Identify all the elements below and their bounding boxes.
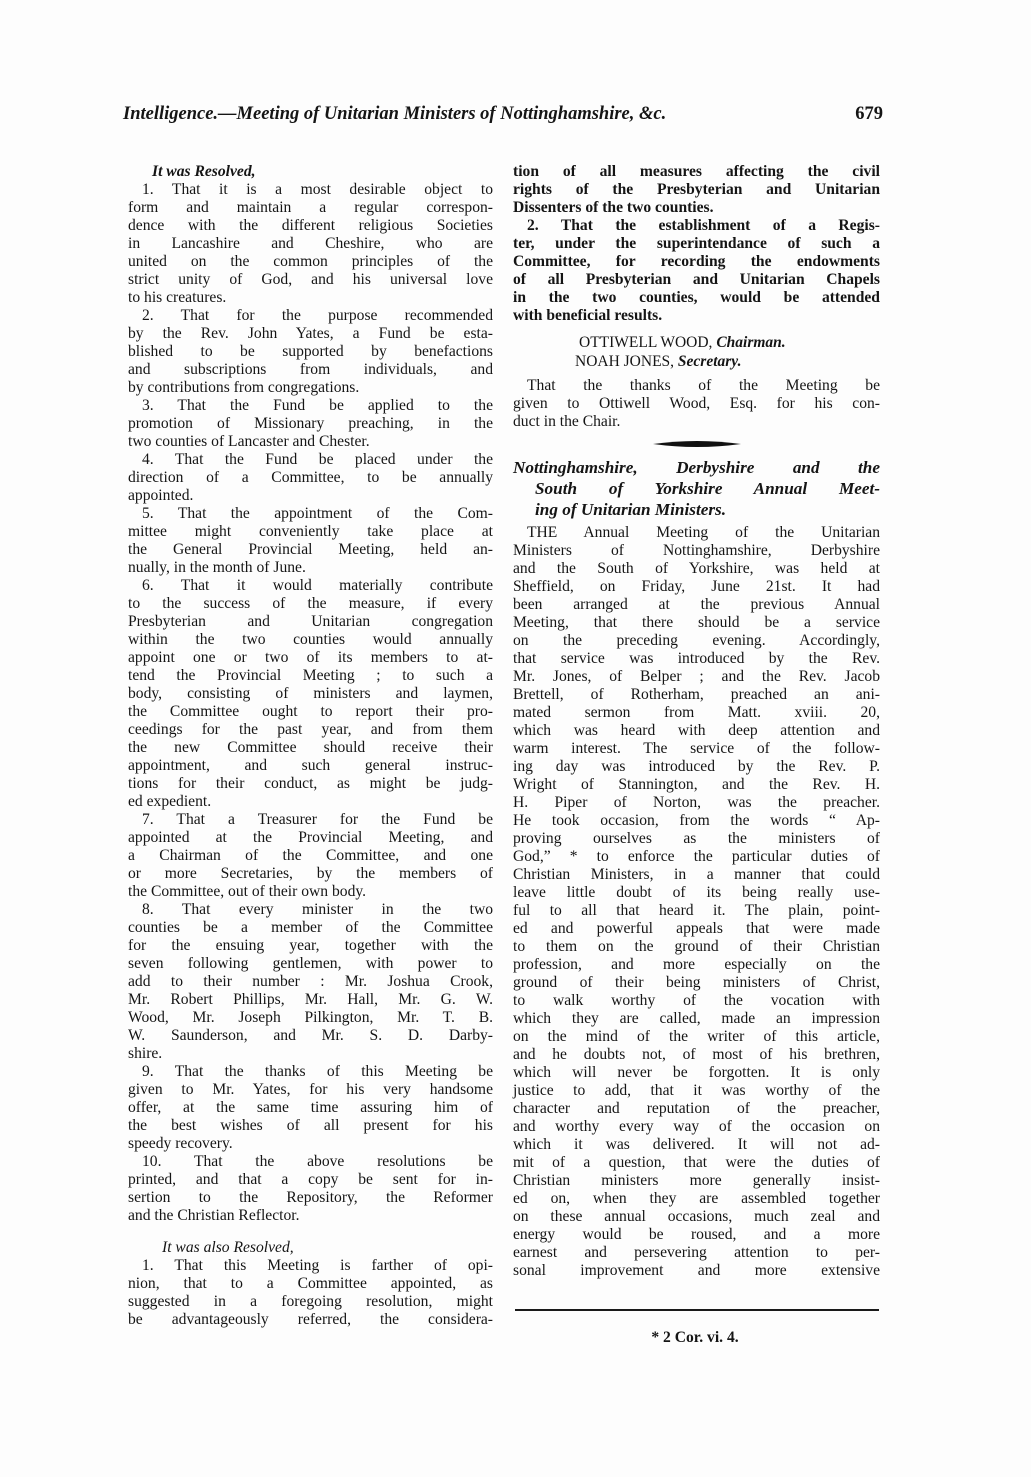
left-column: It was Resolved, 1. That it is a most de… [128, 163, 493, 1329]
text-line: He took occasion, from the words “ Ap- [513, 812, 880, 830]
text-line: H. Piper of Norton, was the preacher. [513, 794, 880, 812]
text-line: Christian ministers more generally insis… [513, 1172, 880, 1190]
text-line: Presbyterian and Unitarian congregation [128, 613, 493, 631]
text-line: Wood, Mr. Joseph Pilkington, Mr. T. B. [128, 1009, 493, 1027]
text-line: justice to add, that it was worthy of th… [513, 1082, 880, 1100]
text-line: 5. That the appointment of the Com- [128, 505, 493, 523]
text-line: suggested in a foregoing resolution, mig… [128, 1293, 493, 1311]
text-line: 7. That a Treasurer for the Fund be [128, 811, 493, 829]
text-line: earnest and persevering attention to per… [513, 1244, 880, 1262]
text-line: body, consisting of ministers and laymen… [128, 685, 493, 703]
text-line: dence with the different religious Socie… [128, 217, 493, 235]
text-line: add to their number : Mr. Joshua Crook, [128, 973, 493, 991]
text-line: 3. That the Fund be applied to the [128, 397, 493, 415]
text-line: mit of a question, that were the duties … [513, 1154, 880, 1172]
text-line: blished to be supported by benefactions [128, 343, 493, 361]
text-line: be advantageously referred, the consider… [128, 1311, 493, 1329]
text-line: and worthy every way of the occasion on [513, 1118, 880, 1136]
text-line: which will never be forgotten. It is onl… [513, 1064, 880, 1082]
text-line: ed on, when they are assembled together [513, 1190, 880, 1208]
text-line: for the ensuing year, together with the [128, 937, 493, 955]
text-line: or more Secretaries, by the members of [128, 865, 493, 883]
text-line: 6. That it would materially contribute [128, 577, 493, 595]
text-line: leave little doubt of its being really u… [513, 884, 880, 902]
text-line: speedy recovery. [128, 1135, 493, 1153]
footnote-rule [515, 1309, 879, 1311]
text-line: 2. That the establishment of a Regis- [513, 217, 880, 235]
text-line: Wright of Stannington, and the Rev. H. [513, 776, 880, 794]
text-line: Ministers of Nottinghamshire, Derbyshire [513, 542, 880, 560]
text-line: rights of the Presbyterian and Unitarian [513, 181, 880, 199]
text-line: appointed. [128, 487, 493, 505]
text-line: warm interest. The service of the follow… [513, 740, 880, 758]
text-line: duct in the Chair. [513, 413, 880, 431]
text-line: by contributions from congregations. [128, 379, 493, 397]
text-line: 8. That every minister in the two [128, 901, 493, 919]
text-line: sertion to the Repository, the Reformer [128, 1189, 493, 1207]
text-line: Mr. Jones, of Belper ; and the Rev. Jaco… [513, 668, 880, 686]
text-line: to them on the ground of their Christian [513, 938, 880, 956]
text-line: the General Provincial Meeting, held an- [128, 541, 493, 559]
right-column: tion of all measures affecting the civil… [513, 163, 880, 1280]
text-line: ing day was introduced by the Rev. P. [513, 758, 880, 776]
text-line: ed and powerful appeals that were made [513, 920, 880, 938]
text-line: profession, and more especially on the [513, 956, 880, 974]
text-line: 4. That the Fund be placed under the [128, 451, 493, 469]
text-line: given to Mr. Yates, for his very handsom… [128, 1081, 493, 1099]
text-line: which was heard with deep attention and [513, 722, 880, 740]
text-line: ground of their being ministers of Chris… [513, 974, 880, 992]
article-body: THE Annual Meeting of the UnitarianMinis… [513, 524, 880, 1280]
text-line: 1. That this Meeting is farther of opi- [128, 1257, 493, 1275]
text-line: Dissenters of the two counties. [513, 199, 880, 217]
text-line: and he doubts not, of most of his brethr… [513, 1046, 880, 1064]
text-line: mated sermon from Matt. xviii. 20, [513, 704, 880, 722]
text-line: Brettell, of Rotherham, preached an ani- [513, 686, 880, 704]
text-line: That the thanks of the Meeting be [513, 377, 880, 395]
text-line: tion of all measures affecting the civil [513, 163, 880, 181]
text-line: ing of Unitarian Ministers. [513, 499, 880, 520]
text-line: tend the Provincial Meeting ; to such a [128, 667, 493, 685]
text-line: nion, that to a Committee appointed, as [128, 1275, 493, 1293]
text-line: the best wishes of all present for his [128, 1117, 493, 1135]
text-line: ful to all that heard it. The plain, poi… [513, 902, 880, 920]
section-title: Nottinghamshire, Derbyshire and theSouth… [513, 457, 880, 520]
text-line: seven following gentlemen, with power to [128, 955, 493, 973]
text-line: united on the common principles of the [128, 253, 493, 271]
text-line: mittee might conveniently take place at [128, 523, 493, 541]
text-line: energy would be roused, and a more [513, 1226, 880, 1244]
text-line: ed expedient. [128, 793, 493, 811]
text-line: promotion of Missionary preaching, in th… [128, 415, 493, 433]
signature-role: Chairman. [716, 334, 785, 351]
text-line: which they are called, made an impressio… [513, 1010, 880, 1028]
text-line: which it was delivered. It will not ad- [513, 1136, 880, 1154]
text-line: the new Committee should receive their [128, 739, 493, 757]
text-line: and the Christian Reflector. [128, 1207, 493, 1225]
text-line: two counties of Lancaster and Chester. [128, 433, 493, 451]
text-line: by the Rev. John Yates, a Fund be esta- [128, 325, 493, 343]
text-line: shire. [128, 1045, 493, 1063]
text-line: to his creatures. [128, 289, 493, 307]
section-divider-ornament [653, 440, 741, 448]
text-line: sonal improvement and more extensive [513, 1262, 880, 1280]
text-line: appoint one or two of its members to at- [128, 649, 493, 667]
also-resolved-heading: It was also Resolved, [128, 1239, 493, 1257]
text-line: Sheffield, on Friday, June 21st. It had [513, 578, 880, 596]
signature-name: NOAH JONES, [575, 353, 674, 370]
also-resolutions-list: 1. That this Meeting is farther of opi-n… [128, 1257, 493, 1329]
text-line: strict unity of God, and his universal l… [128, 271, 493, 289]
text-line: with beneficial results. [513, 307, 880, 325]
text-line: South of Yorkshire Annual Meet- [513, 478, 880, 499]
text-line: in Lancashire and Cheshire, who are [128, 235, 493, 253]
text-line: ter, under the superintendance of such a [513, 235, 880, 253]
text-line: appointed at the Provincial Meeting, and [128, 829, 493, 847]
text-line: 10. That the above resolutions be [128, 1153, 493, 1171]
text-line: Mr. Robert Phillips, Mr. Hall, Mr. G. W. [128, 991, 493, 1009]
page-number: 679 [855, 104, 883, 125]
text-line: form and maintain a regular correspon- [128, 199, 493, 217]
thanks-paragraph: That the thanks of the Meeting begiven t… [513, 377, 880, 431]
text-line: Meeting, that there should be a service [513, 614, 880, 632]
signature-chairman: OTTIWELL WOOD, Chairman. [513, 333, 880, 352]
text-line: on these annual occasions, much zeal and [513, 1208, 880, 1226]
text-line: direction of a Committee, to be annually [128, 469, 493, 487]
footnote: * 2 Cor. vi. 4. [513, 1329, 877, 1347]
text-line: nually, in the month of June. [128, 559, 493, 577]
text-line: within the two counties would annually [128, 631, 493, 649]
signature-name: OTTIWELL WOOD, [579, 334, 712, 351]
text-line: 2. That for the purpose recommended [128, 307, 493, 325]
text-line: Christian Ministers, in a manner that co… [513, 866, 880, 884]
text-line: Committee, for recording the endowments [513, 253, 880, 271]
text-line: Nottinghamshire, Derbyshire and the [513, 457, 880, 478]
text-line: and subscriptions from individuals, and [128, 361, 493, 379]
text-line: offer, at the same time assuring him of [128, 1099, 493, 1117]
text-line: in the two counties, would be attended [513, 289, 880, 307]
text-line: of all Presbyterian and Unitarian Chapel… [513, 271, 880, 289]
text-line: character and reputation of the preacher… [513, 1100, 880, 1118]
resolutions-list: 1. That it is a most desirable object to… [128, 181, 493, 1225]
text-line: the Committee ought to report their pro- [128, 703, 493, 721]
text-line: that service was introduced by the Rev. [513, 650, 880, 668]
text-line: given to Ottiwell Wood, Esq. for his con… [513, 395, 880, 413]
text-line: counties be a member of the Committee [128, 919, 493, 937]
resolved-heading: It was Resolved, [128, 163, 493, 181]
text-line: a Chairman of the Committee, and one [128, 847, 493, 865]
text-line: on the mind of the writer of this articl… [513, 1028, 880, 1046]
text-line: to the success of the measure, if every [128, 595, 493, 613]
running-title: Intelligence.—Meeting of Unitarian Minis… [123, 104, 666, 124]
continued-resolutions: tion of all measures affecting the civil… [513, 163, 880, 325]
text-line: W. Saunderson, and Mr. S. D. Darby- [128, 1027, 493, 1045]
text-line: been arranged at the previous Annual [513, 596, 880, 614]
text-line: proving ourselves as the ministers of [513, 830, 880, 848]
running-header: Intelligence.—Meeting of Unitarian Minis… [123, 104, 883, 128]
text-line: on the preceding evening. Accordingly, [513, 632, 880, 650]
text-line: tions for their conduct, as might be jud… [128, 775, 493, 793]
text-line: to walk worthy of the vocation with [513, 992, 880, 1010]
signature-secretary: NOAH JONES, Secretary. [513, 352, 880, 371]
text-line: printed, and that a copy be sent for in- [128, 1171, 493, 1189]
text-line: God,” * to enforce the particular duties… [513, 848, 880, 866]
text-line: 9. That the thanks of this Meeting be [128, 1063, 493, 1081]
signature-role: Secretary. [678, 353, 742, 370]
text-line: the Committee, out of their own body. [128, 883, 493, 901]
text-line: and the South of Yorkshire, was held at [513, 560, 880, 578]
text-line: 1. That it is a most desirable object to [128, 181, 493, 199]
text-line: THE Annual Meeting of the Unitarian [513, 524, 880, 542]
text-line: ceedings for the past year, and from the… [128, 721, 493, 739]
text-line: appointment, and such general instruc- [128, 757, 493, 775]
